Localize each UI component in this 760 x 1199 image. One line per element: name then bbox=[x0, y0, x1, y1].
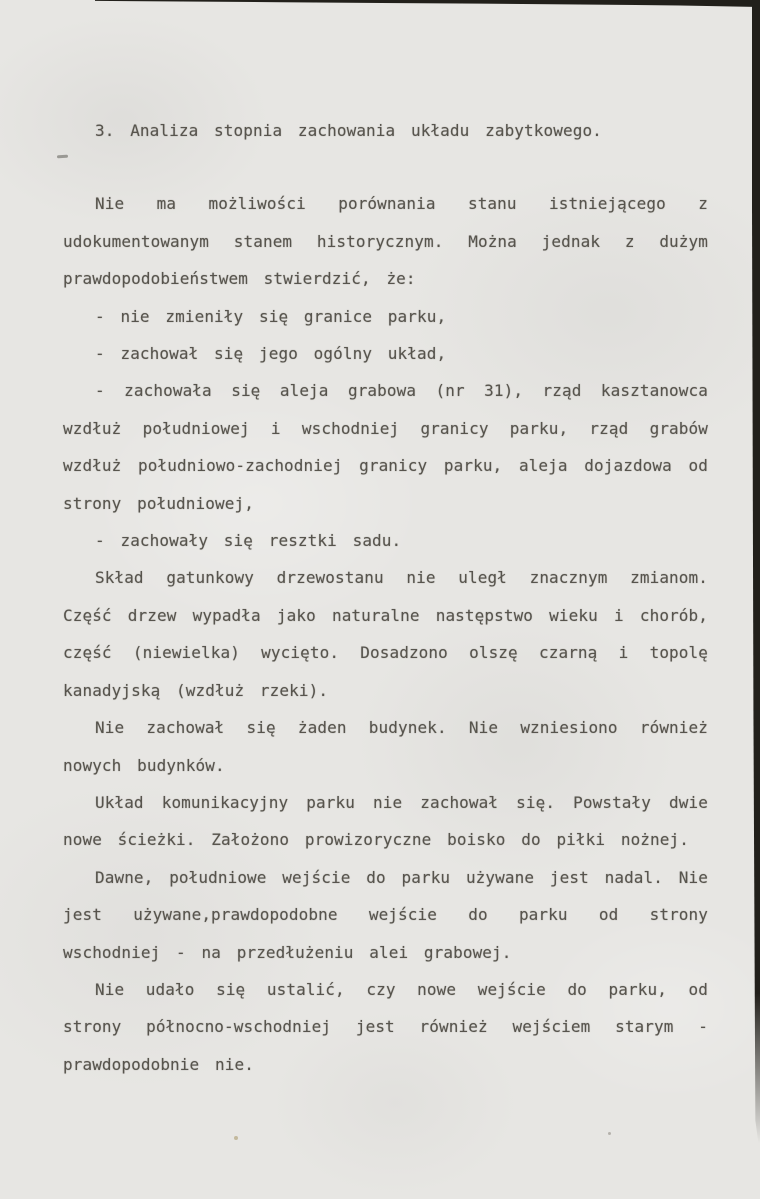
paragraph: Nie ma możliwości porównania stanu istni… bbox=[63, 185, 708, 297]
scanned-document-page: 3. Analiza stopnia zachowania układu zab… bbox=[0, 0, 760, 1199]
paragraph: Dawne, południowe wejście do parku używa… bbox=[63, 859, 708, 971]
paragraph: - zachował się jego ogólny układ, bbox=[63, 335, 708, 372]
paragraph: Skład gatunkowy drzewostanu nie uległ zn… bbox=[63, 559, 708, 709]
paragraph: - zachowały się resztki sadu. bbox=[63, 522, 708, 559]
paragraph: Nie udało się ustalić, czy nowe wejście … bbox=[63, 971, 708, 1083]
paragraph: Nie zachował się żaden budynek. Nie wzni… bbox=[63, 709, 708, 784]
paper-speck bbox=[608, 1132, 611, 1135]
section-heading: 3. Analiza stopnia zachowania układu zab… bbox=[63, 112, 708, 149]
paragraph: Układ komunikacyjny parku nie zachował s… bbox=[63, 784, 708, 859]
paragraph: - zachowała się aleja grabowa (nr 31), r… bbox=[63, 372, 708, 522]
scan-edge-artifact-top bbox=[95, 0, 760, 7]
scan-edge-artifact-right bbox=[752, 0, 760, 1155]
paper-speck bbox=[234, 1136, 238, 1140]
paragraph: - nie zmieniły się granice parku, bbox=[63, 298, 708, 335]
document-text-block: 3. Analiza stopnia zachowania układu zab… bbox=[63, 112, 708, 1083]
document-body: Nie ma możliwości porównania stanu istni… bbox=[63, 185, 708, 1083]
